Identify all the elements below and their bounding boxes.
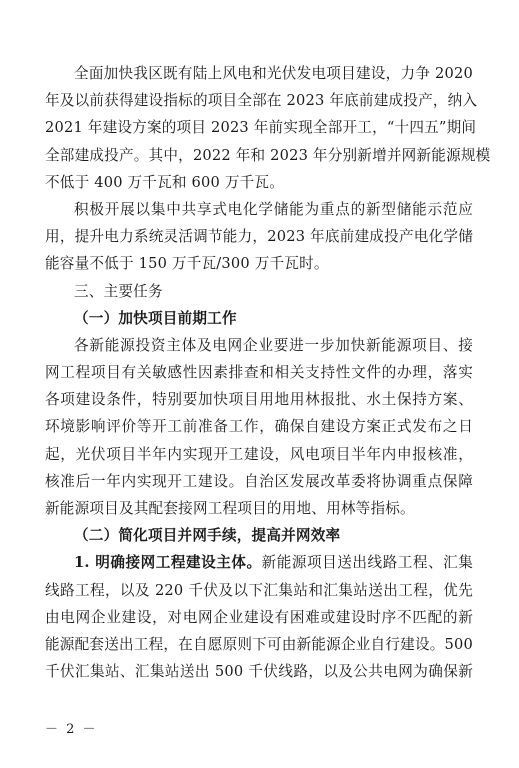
section-heading: 三、主要任务 [45,278,473,305]
text-line: 积极开展以集中共享式电化学储能为重点的新型储能示范应 [45,196,473,223]
text-line: 用，提升电力系统灵活调节能力，2023 年底前建成投产电化学储 [45,223,473,250]
text-line: 全部建成投产。其中，2022 年和 2023 年分别新增并网新能源规模 [45,142,473,169]
text-line: 全面加快我区既有陆上风电和光伏发电项目建设，力争 2020 [45,60,473,87]
text-line: 能源配套送出工程，在自愿原则下可由新能源企业自行建设。500 [45,631,473,658]
page-number: － 2 － [45,718,98,737]
item-text: 新能源项目送出线路工程、汇集 [262,554,473,571]
text-line: 新能源项目及其配套接网工程项目的用地、用林等指标。 [45,495,473,522]
text-line: 千伏汇集站、汇集站送出 500 千伏线路，以及公共电网为确保新 [45,658,473,685]
item-lead: 1. 明确接网工程建设主体。 [74,554,262,571]
text-line: 各项建设条件，特别要加快项目用地用林报批、水土保持方案、 [45,386,473,413]
text-line: 1. 明确接网工程建设主体。新能源项目送出线路工程、汇集 [45,549,473,576]
text-line: 线路工程，以及 220 千伏及以下汇集站和汇集站送出工程，优先 [45,577,473,604]
text-line: 不低于 400 万千瓦和 600 万千瓦。 [45,169,473,196]
text-line: 能容量不低于 150 万千瓦/300 万千瓦时。 [45,250,473,277]
subsection-heading: （一）加快项目前期工作 [45,305,473,332]
text-line: 起，光伏项目半年内实现开工建设，风电项目半年内申报核准， [45,441,473,468]
text-line: 各新能源投资主体及电网企业要进一步加快新能源项目、接 [45,332,473,359]
text-line: 核准后一年内实现开工建设。自治区发展改革委将协调重点保障 [45,468,473,495]
text-line: 环境影响评价等开工前准备工作，确保自建设方案正式发布之日 [45,413,473,440]
document-page: 全面加快我区既有陆上风电和光伏发电项目建设，力争 2020 年及以前获得建设指标… [45,60,473,685]
text-line: 由电网企业建设，对电网企业建设有困难或建设时序不匹配的新 [45,604,473,631]
subsection-heading: （二）简化项目并网手续，提高并网效率 [45,522,473,549]
text-line: 网工程项目有关敏感性因素排查和相关支持性文件的办理，落实 [45,359,473,386]
text-line: 年及以前获得建设指标的项目全部在 2023 年底前建成投产，纳入 [45,87,473,114]
text-line: 2021 年建设方案的项目 2023 年前实现全部开工，“十四五”期间 [45,114,473,141]
